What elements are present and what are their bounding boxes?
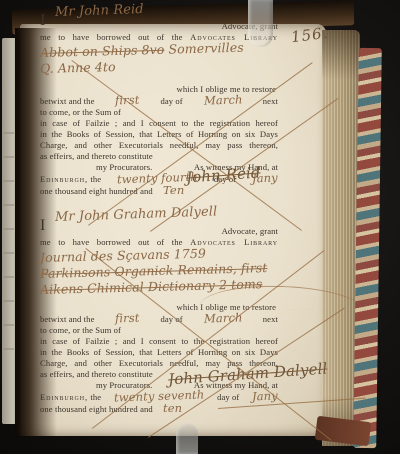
printed-oblige-line: which I oblige me to restore [40, 302, 278, 312]
edinburgh-word: Edinburgh, [40, 392, 88, 402]
year-word: ten [163, 401, 182, 415]
borrow-form-reid: I Mr John Reid Advocate, grant me to hav… [40, 12, 278, 212]
borrower-name: Mr John Graham Dalyell [55, 207, 218, 223]
signature: John Reid [186, 167, 261, 182]
borrower-name: Mr John Reid [55, 5, 144, 18]
printed-oblige-line: which I oblige me to restore [40, 84, 278, 94]
printed-sum-line: to come, or the Sum of [40, 325, 278, 335]
printed-sum-line: to come, or the Sum of [40, 107, 278, 117]
form-heading-row: I Mr John Graham Dalyell Advocate, grant [40, 217, 278, 236]
signed-day: twenty seventh [114, 389, 205, 402]
year-line: one thousand eight hundred and Ten [40, 185, 278, 196]
printed-failzie-line: in case of Failzie ; and I consent to th… [40, 118, 278, 128]
return-day: first [115, 95, 140, 106]
return-month: March [203, 94, 242, 105]
borrow-form-dalyell: I Mr John Graham Dalyell Advocate, grant… [40, 217, 278, 417]
return-month: March [203, 312, 242, 323]
return-date-line: betwixt and the first day of March next [40, 313, 278, 324]
signing-date-line: Edinburgh, the twenty seventh day of Jan… [40, 391, 278, 402]
printed-failzie-line: as effeirs, and thereto constitute [40, 151, 278, 161]
year-word: Ten [163, 183, 184, 197]
printed-grant-word: Advocate, grant [222, 226, 278, 236]
book-clamp-top [248, 0, 273, 47]
form-heading-row: I Mr John Reid Advocate, grant [40, 12, 278, 31]
printed-initial: I [40, 218, 45, 233]
printed-failzie-line: in the Books of Session, that Letters of… [40, 347, 278, 357]
return-date-line: betwixt and the first day of March next [40, 95, 278, 106]
return-day: first [115, 313, 140, 324]
book-clamp-bottom [176, 423, 198, 454]
printed-failzie-line: Charge, and other Executorials needful, … [40, 140, 278, 150]
signed-month: Jany [252, 391, 278, 402]
book-photograph: 156. I Mr John Reid Advocate, grant me t… [0, 0, 400, 454]
edinburgh-word: Edinburgh, [40, 174, 88, 184]
marbled-board-edge [353, 48, 382, 448]
printed-failzie-line: in case of Failzie ; and I consent to th… [40, 336, 278, 346]
book-title: Somervilles [168, 40, 244, 57]
facing-page-showthrough [4, 110, 14, 370]
year-line: one thousand eight hundred and ten [40, 403, 278, 414]
printed-initial: I [40, 13, 45, 28]
printed-failzie-line: in the Books of Session, that Letters of… [40, 129, 278, 139]
